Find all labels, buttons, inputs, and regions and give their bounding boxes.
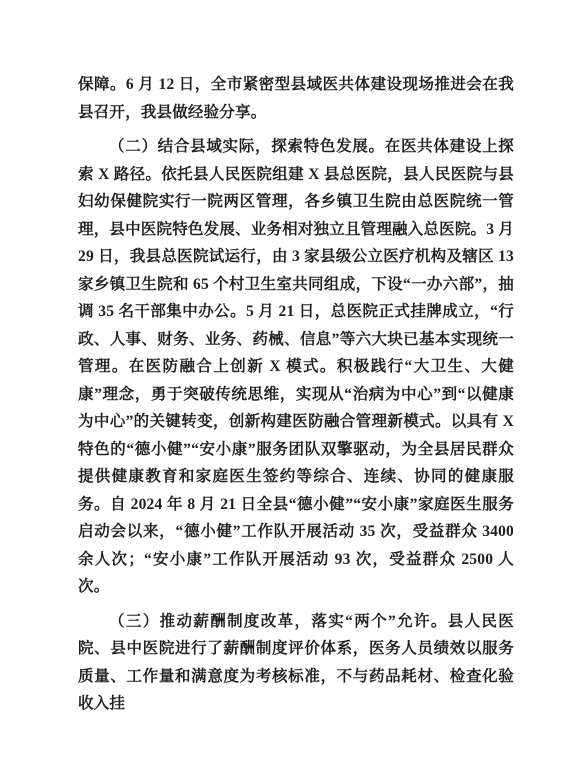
paragraph-section-three: （三）推动薪酬制度改革，落实“两个”允许。县人民医院、县中医院进行了薪酬制度评价…	[78, 608, 514, 718]
paragraph-continuation: 保障。6 月 12 日，全市紧密型县域医共体建设现场推进会在我县召开，我县做经验…	[78, 71, 514, 126]
paragraph-section-two: （二）结合县域实际，探索特色发展。在医共体建设上探索 X 路径。依托县人民医院组…	[78, 133, 514, 601]
document-page: 保障。6 月 12 日，全市紧密型县域医共体建设现场推进会在我县召开，我县做经验…	[0, 0, 586, 759]
